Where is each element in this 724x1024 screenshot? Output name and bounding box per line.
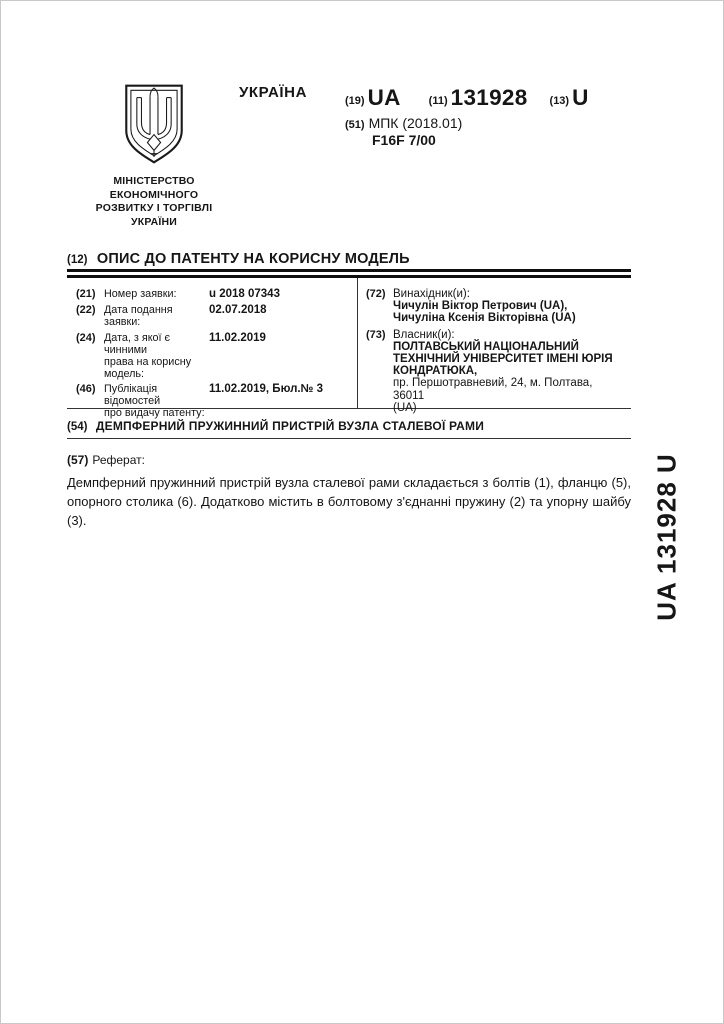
ministry-line: УКРАЇНИ <box>65 216 243 230</box>
inid-code-54: (54) <box>67 421 87 433</box>
ipc-class: F16F 7/00 <box>372 132 436 148</box>
trident-icon <box>121 83 187 165</box>
application-number: u 2018 07343 <box>209 288 351 300</box>
invention-title: ДЕМПФЕРНИЙ ПРУЖИННИЙ ПРИСТРІЙ ВУЗЛА СТАЛ… <box>96 419 484 433</box>
publication-date-bulletin: 11.02.2019, Бюл.№ 3 <box>209 383 351 395</box>
field-label: Власник(и): <box>393 329 624 341</box>
owner-address: пр. Першотравневий, 24, м. Полтава, 3601… <box>393 377 624 414</box>
kind-code: U <box>572 85 589 111</box>
inid-code-21: (21) <box>76 288 104 300</box>
ministry-line: МІНІСТЕРСТВО <box>65 175 243 189</box>
inid-code-24: (24) <box>76 332 104 344</box>
side-patent-id: UA 131928 U <box>652 453 683 621</box>
publication-number: 131928 <box>451 85 528 111</box>
inid-code-12: (12) <box>67 254 87 266</box>
biblio-row-72: (72) Винахідник(и): Чичулін Віктор Петро… <box>366 288 624 325</box>
abstract-text: Демпферний пружинний пристрій вузла стал… <box>67 473 631 530</box>
bibliographic-table: (21) Номер заявки: u 2018 07343 (22) Дат… <box>67 279 631 409</box>
effective-date: 11.02.2019 <box>209 332 351 344</box>
document-title: (12) ОПИС ДО ПАТЕНТУ НА КОРИСНУ МОДЕЛЬ <box>67 250 410 268</box>
abstract-heading: (57)Реферат: <box>67 453 145 467</box>
ipc-edition: МПК (2018.01) <box>369 115 463 131</box>
inventors-block: Винахідник(и): Чичулін Віктор Петрович (… <box>393 288 624 325</box>
biblio-row-46: (46) Публікація відомостей про видачу па… <box>76 383 351 419</box>
patent-front-page: { "header": { "country": "УКРАЇНА", "min… <box>0 0 724 1024</box>
owner-name: ПОЛТАВСЬКИЙ НАЦІОНАЛЬНИЙ ТЕХНІЧНИЙ УНІВЕ… <box>393 341 624 378</box>
country-label: УКРАЇНА <box>239 84 307 101</box>
field-label: Номер заявки: <box>104 288 209 300</box>
biblio-row-21: (21) Номер заявки: u 2018 07343 <box>76 288 351 300</box>
double-rule <box>67 269 631 278</box>
abstract-label: Реферат: <box>92 453 145 467</box>
field-label: Публікація відомостей про видачу патенту… <box>104 383 209 419</box>
document-title-text: ОПИС ДО ПАТЕНТУ НА КОРИСНУ МОДЕЛЬ <box>97 251 410 267</box>
ministry-line: ЕКОНОМІЧНОГО <box>65 189 243 203</box>
inid-code-13: (13) <box>550 95 570 107</box>
inid-code-51: (51) <box>345 119 365 131</box>
inid-code-57: (57) <box>67 453 88 467</box>
inid-code-73: (73) <box>366 329 393 341</box>
ipc-line: (51)МПК (2018.01) <box>345 115 462 131</box>
biblio-right-column: (72) Винахідник(и): Чичулін Віктор Петро… <box>366 288 624 414</box>
inid-code-22: (22) <box>76 304 104 316</box>
owner-block: Власник(и): ПОЛТАВСЬКИЙ НАЦІОНАЛЬНИЙ ТЕХ… <box>393 329 624 414</box>
invention-title-line: (54) ДЕМПФЕРНИЙ ПРУЖИННИЙ ПРИСТРІЙ ВУЗЛА… <box>67 417 484 435</box>
ministry-line: РОЗВИТКУ І ТОРГІВЛІ <box>65 202 243 216</box>
biblio-left-column: (21) Номер заявки: u 2018 07343 (22) Дат… <box>76 288 351 419</box>
ukraine-trident-emblem <box>121 83 187 165</box>
inid-code-19: (19) <box>345 95 365 107</box>
inid-code-72: (72) <box>366 288 393 300</box>
thin-rule <box>67 438 631 439</box>
biblio-row-22: (22) Дата подання заявки: 02.07.2018 <box>76 304 351 328</box>
column-divider <box>357 278 358 408</box>
inid-code-11: (11) <box>429 95 448 107</box>
inventor-names: Чичулін Віктор Петрович (UA), Чичуліна К… <box>393 300 624 324</box>
publication-codes: (19) UA (11) 131928 (13) U <box>345 85 589 111</box>
inid-code-46: (46) <box>76 383 104 395</box>
filing-date: 02.07.2018 <box>209 304 351 316</box>
biblio-row-73: (73) Власник(и): ПОЛТАВСЬКИЙ НАЦІОНАЛЬНИ… <box>366 329 624 414</box>
country-code-value: UA <box>368 85 401 111</box>
field-label: Дата подання заявки: <box>104 304 209 328</box>
field-label: Винахідник(и): <box>393 288 624 300</box>
biblio-row-24: (24) Дата, з якої є чинними права на кор… <box>76 332 351 380</box>
field-label: Дата, з якої є чинними права на корисну … <box>104 332 209 380</box>
ministry-name: МІНІСТЕРСТВО ЕКОНОМІЧНОГО РОЗВИТКУ І ТОР… <box>65 175 243 229</box>
